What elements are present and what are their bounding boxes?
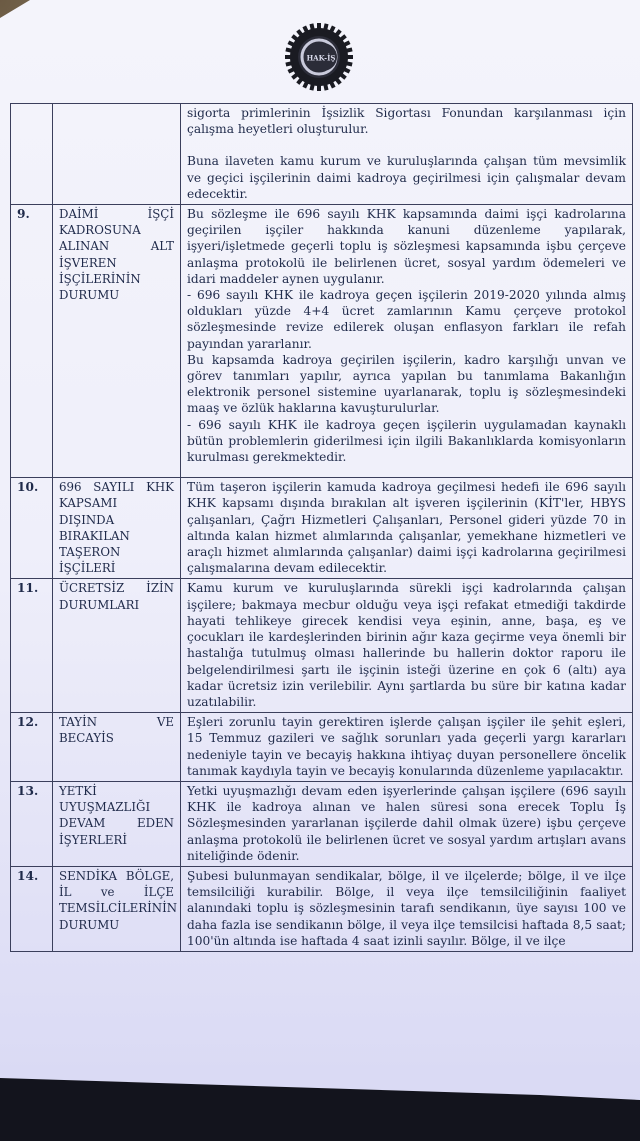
paragraph: - 696 sayılı KHK ile kadroya geçen işçil…	[187, 287, 626, 352]
paragraph: Şubesi bulunmayan sendikalar, bölge, il …	[187, 868, 626, 949]
row-title-cell	[53, 104, 181, 205]
table-row: 13. YETKİ UYUŞMAZLIĞI DEVAM EDEN İŞYERLE…	[11, 781, 633, 866]
row-body-cell: sigorta primlerinin İşsizlik Sigortası F…	[181, 104, 633, 205]
table-row: 9. DAİMİ İŞÇİ KADROSUNA ALINAN ALT İŞVER…	[11, 205, 633, 478]
paragraph: Yetki uyuşmazlığı devam eden işyerlerind…	[187, 783, 626, 864]
row-title: TAYİN VE BECAYİS	[53, 713, 181, 782]
row-number: 14.	[11, 866, 53, 951]
protocol-table: sigorta primlerinin İşsizlik Sigortası F…	[10, 103, 633, 952]
row-title: SENDİKA BÖLGE, İL ve İLÇE TEMSİLCİLERİNİ…	[53, 866, 181, 951]
row-title: YETKİ UYUŞMAZLIĞI DEVAM EDEN İŞYERLERİ	[53, 781, 181, 866]
paragraph: Tüm taşeron işçilerin kamuda kadroya geç…	[187, 479, 626, 576]
table-row-continuation: sigorta primlerinin İşsizlik Sigortası F…	[11, 104, 633, 205]
row-number: 9.	[11, 205, 53, 478]
row-number-cell	[11, 104, 53, 205]
paragraph: Bu sözleşme ile 696 sayılı KHK kapsamınd…	[187, 206, 626, 287]
table-row: 14. SENDİKA BÖLGE, İL ve İLÇE TEMSİLCİLE…	[11, 866, 633, 951]
paragraph: sigorta primlerinin İşsizlik Sigortası F…	[187, 105, 626, 137]
row-body: Eşleri zorunlu tayin gerektiren işlerde …	[181, 713, 633, 782]
row-number: 11.	[11, 579, 53, 713]
table-row: 11. ÜCRETSİZ İZİN DURUMLARI Kamu kurum v…	[11, 579, 633, 713]
paragraph: Buna ilaveten kamu kurum ve kuruluşların…	[187, 153, 626, 202]
row-body: Kamu kurum ve kuruluşlarında sürekli işç…	[181, 579, 633, 713]
row-number: 12.	[11, 713, 53, 782]
row-title: ÜCRETSİZ İZİN DURUMLARI	[53, 579, 181, 713]
paragraph: Kamu kurum ve kuruluşlarında sürekli işç…	[187, 580, 626, 710]
paragraph: Eşleri zorunlu tayin gerektiren işlerde …	[187, 714, 626, 779]
table-row: 12. TAYİN VE BECAYİS Eşleri zorunlu tayi…	[11, 713, 633, 782]
svg-text:HAK-İŞ: HAK-İŞ	[307, 54, 336, 63]
row-body: Yetki uyuşmazlığı devam eden işyerlerind…	[181, 781, 633, 866]
row-number: 10.	[11, 478, 53, 579]
row-body: Şubesi bulunmayan sendikalar, bölge, il …	[181, 866, 633, 951]
row-number: 13.	[11, 781, 53, 866]
row-body: Tüm taşeron işçilerin kamuda kadroya geç…	[181, 478, 633, 579]
paragraph: - 696 sayılı KHK ile kadroya geçen işçil…	[187, 417, 626, 466]
paragraph: Bu kapsamda kadroya geçirilen işçilerin,…	[187, 352, 626, 417]
row-body: Bu sözleşme ile 696 sayılı KHK kapsamınd…	[181, 205, 633, 478]
row-title: 696 SAYILI KHK KAPSAMI DIŞINDA BIRAKILAN…	[53, 478, 181, 579]
row-title: DAİMİ İŞÇİ KADROSUNA ALINAN ALT İŞVEREN …	[53, 205, 181, 478]
table-row: 10. 696 SAYILI KHK KAPSAMI DIŞINDA BIRAK…	[11, 478, 633, 579]
hak-is-logo-icon: HAK-İŞ	[284, 22, 354, 92]
